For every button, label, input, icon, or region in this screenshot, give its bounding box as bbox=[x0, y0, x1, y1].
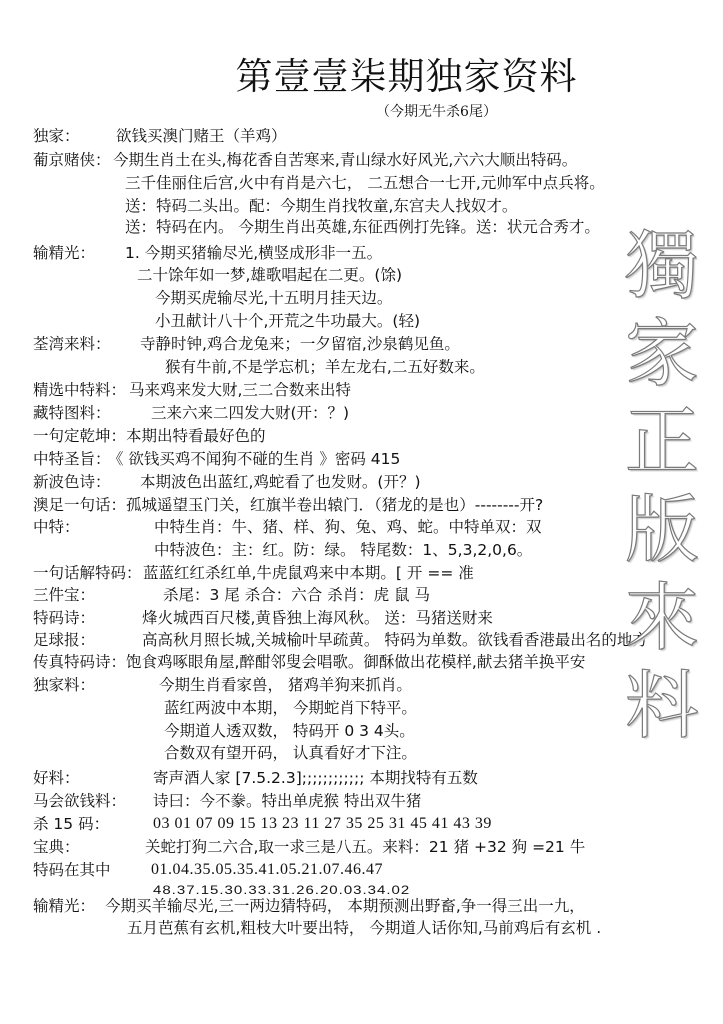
pujing-line-2: 三千佳丽住后宫,火中有肖是六七， 二五想合一七开,元帅军中点兵将。 bbox=[125, 173, 605, 193]
quanwan-line-2: 猴有牛前,不是学忘机；羊左龙右,二五好数来。 bbox=[165, 357, 485, 377]
label: 输精光： bbox=[33, 243, 95, 263]
label: 精选中特料： bbox=[33, 380, 126, 400]
numbers-row-1: 01.04.35.05.35.41.05.21.07.46.47 bbox=[151, 860, 383, 880]
label: 澳足一句话： bbox=[33, 495, 126, 515]
text-line: 中特生肖：牛、猪、样、狗、兔、鸡、蛇。中特单双：双 bbox=[154, 517, 542, 537]
text: 饱食鸡啄眼角屋,醉酣邻叟会唱歌。御酥做出花模样,献去猪羊换平安 bbox=[126, 652, 585, 672]
label: 三件宝： bbox=[33, 585, 95, 605]
text: 三来六来二四发大财(开：？) bbox=[151, 403, 349, 423]
label: 中特： bbox=[33, 517, 80, 537]
text-line: 今期生肖土在头,梅花香自苦寒来,青山绿水好风光,六六大顺出特码。 bbox=[113, 150, 577, 170]
label: 独家： bbox=[33, 126, 80, 146]
text-line: 1. 今期买猪输尽光,横竖成形非一五。 bbox=[125, 243, 382, 263]
watermark-char: 家 bbox=[625, 310, 699, 398]
text-line: 今期买羊输尽光,三一两边猜特码， 本期预测出野畜,争一得三出一九， bbox=[105, 896, 585, 916]
label: 好料： bbox=[33, 768, 80, 788]
label: 杀 15 码： bbox=[33, 814, 109, 834]
pujing-line-4: 送：特码在内。 今期生肖出英雄,东征西例打先锋。送：状元合秀才。 bbox=[125, 217, 600, 237]
shujingguang-1-line-3: 今期买虎输尽光,十五明月挂天边。 bbox=[155, 288, 392, 308]
text: 本期波色出蓝红,鸡蛇看了也发财。(开？) bbox=[140, 472, 421, 492]
text: 寄声酒人家 [7.5.2.3];;;;;;;;;;;; 本期找特有五数 bbox=[153, 768, 478, 788]
text: 诗曰：今不豢。特出单虎猴 特出双牛猪 bbox=[153, 791, 421, 811]
kill-numbers: 03 01 07 09 15 13 23 11 27 35 25 31 45 4… bbox=[153, 814, 492, 834]
dujialiao-line-4: 合数双有望开码， 认真看好才下注。 bbox=[164, 743, 417, 763]
label: 一句定乾坤： bbox=[33, 426, 126, 446]
page-subtitle: （今期无牛杀6尾） bbox=[0, 101, 723, 121]
pujing-line-3: 送：特码二头出。配：今期生肖找牧童,东宫夫人找奴才。 bbox=[125, 196, 517, 216]
text: 烽火城西百尺楼,黄昏独上海风秋。 送：马猪送财来 bbox=[142, 608, 493, 628]
text: 杀尾：3 尾 杀合：六合 杀肖：虎 鼠 马 bbox=[163, 585, 430, 605]
watermark-vertical: 獨 家 正 版 來 料 bbox=[612, 222, 712, 750]
zhongte-line-2: 中特波色：主：红。防：绿。 特尾数：1、5,3,2,0,6。 bbox=[154, 540, 532, 560]
label: 藏特图料： bbox=[33, 403, 111, 423]
label: 输精光： bbox=[33, 896, 95, 916]
watermark-char: 正 bbox=[625, 398, 699, 486]
text: 高高秋月照长城,关城榆叶早疏黄。 特码为单数。欲钱看香港最出名的地方 bbox=[142, 630, 648, 650]
label: 荃湾来料： bbox=[33, 334, 111, 354]
text: 蓝蓝红红杀红单,牛虎鼠鸡来中本期。[ 开 == 准 bbox=[143, 563, 474, 583]
text: 《 欲钱买鸡不闻狗不碰的生肖 》密码 415 bbox=[108, 449, 400, 469]
shujingguang-2-line-2: 五月芭蕉有玄机,粗枝大叶要出特， 今期道人话你知,马前鸡后有玄机 . bbox=[127, 918, 601, 938]
shujingguang-1-line-2: 二十馀年如一梦,雄歌唱起在二更。(馀) bbox=[137, 265, 402, 285]
text: 关蛇打狗二六合,取一求三是八五。来料：21 猪 +32 狗 =21 牛 bbox=[145, 837, 585, 857]
text: 欲钱买澳门赌王（羊鸡） bbox=[116, 126, 287, 146]
label: 宝典： bbox=[33, 837, 80, 857]
label: 新波色诗： bbox=[33, 472, 111, 492]
watermark-char: 料 bbox=[625, 662, 699, 750]
dujialiao-line-3: 今期道人透双数， 特码开 0 3 4头。 bbox=[164, 721, 415, 741]
text: 马来鸡来发大财,三二合数来出特 bbox=[129, 380, 351, 400]
watermark-char: 獨 bbox=[625, 222, 699, 310]
label: 独家料： bbox=[33, 675, 95, 695]
watermark-char: 版 bbox=[625, 486, 699, 574]
label: 传真特码诗： bbox=[33, 652, 126, 672]
label: 中特圣旨： bbox=[33, 449, 111, 469]
text-line: 今期生肖看家兽， 猪鸡羊狗来抓肖。 bbox=[159, 675, 412, 695]
dujialiao-line-2: 蓝红两波中本期， 今期蛇肖下特平。 bbox=[164, 698, 417, 718]
label: 足球报： bbox=[33, 630, 95, 650]
text-line: 寺静时钟,鸡合龙兔来；一夕留宿,沙泉鹤见鱼。 bbox=[140, 334, 460, 354]
page-title: 第壹壹柒期独家资料 bbox=[0, 46, 723, 100]
label: 葡京赌侠： bbox=[33, 150, 111, 170]
label: 特码诗： bbox=[33, 608, 95, 628]
text: 本期出特看最好色的 bbox=[126, 426, 266, 446]
shujingguang-1-line-4: 小丑献计八十个,开荒之牛功最大。(轻) bbox=[155, 311, 420, 331]
label: 马会欲钱料： bbox=[33, 791, 126, 811]
text: 孤城遥望玉门关，红旗半卷出辕门．（猪龙的是也）--------开? bbox=[126, 495, 543, 515]
label: 一句话解特码： bbox=[33, 563, 142, 583]
label: 特码在其中 bbox=[33, 860, 111, 880]
